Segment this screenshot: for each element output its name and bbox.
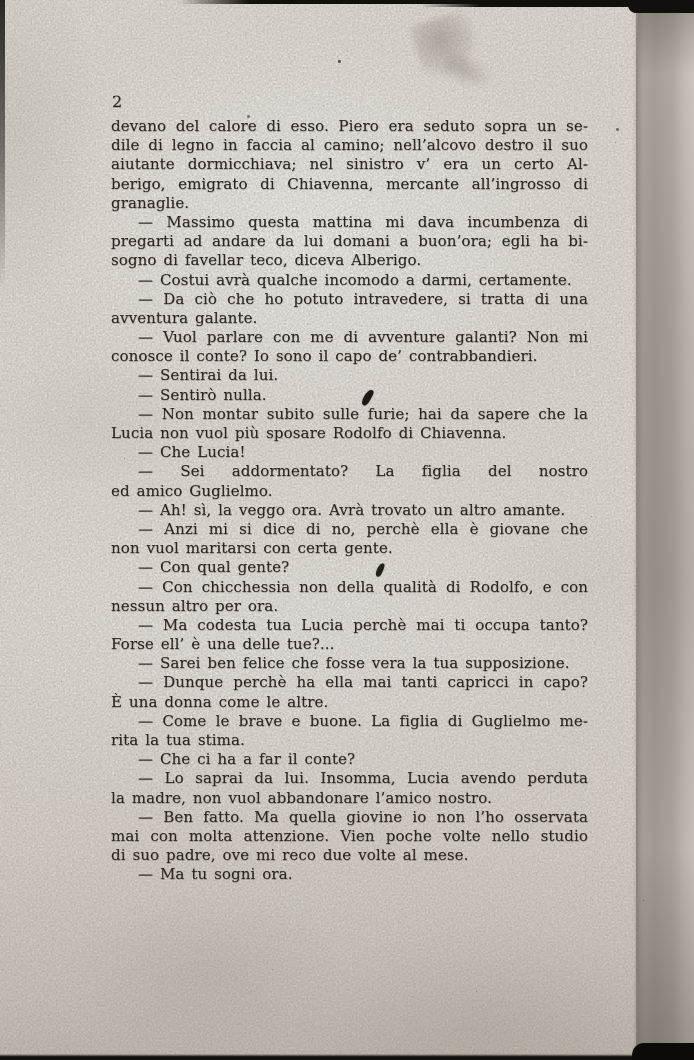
text-line: — Da ciò che ho potuto intravedere, si t… [111,290,588,309]
text-line: — Ma codesta tua Lucia perchè mai ti occ… [111,616,588,635]
text-line: — Sentirò nulla. [111,386,588,405]
text-line: Forse ell’ è una delle tue?... [111,635,588,654]
text-line: — Costui avrà qualche incomodo a darmi, … [111,271,588,290]
page-number: 2 [112,92,122,111]
scan-edge-left [0,0,5,290]
scan-edge-bottom-right-corner [632,1043,694,1060]
text-line: — Sarei ben felice che fosse vera la tua… [111,654,588,673]
page-crease-line [636,0,638,1060]
dust-specks [338,60,341,63]
page-gutter-shadow [638,0,694,1060]
text-line: dile di legno in faccia al camino; nell’… [111,136,588,155]
text-line: conosce il conte? Io sono il capo de’ co… [111,347,588,366]
text-line: granaglie. [111,194,588,213]
text-line: Lucia non vuol più sposare Rodolfo di Ch… [111,424,588,443]
text-line: — Sei addormentato? La figlia del nostro… [111,462,588,481]
text-line: — Ma tu sogni ora. [111,865,588,884]
text-line: È una donna come le altre. [111,693,588,712]
text-line: — Vuol parlare con me di avventure galan… [111,328,588,347]
text-line: devano del calore di esso. Piero era sed… [111,117,588,136]
text-line: — Non montar subito sulle furie; hai da … [111,405,588,424]
text-line: — Che Lucia! [111,443,588,462]
text-line: — Ben fatto. Ma quella giovine io non l’… [111,808,588,827]
text-line: non vuol maritarsi con certa gente. [111,539,588,558]
text-line: — Che ci ha a far il conte? [111,750,588,769]
text-line: pregarti ad andare da lui domani a buon’… [111,232,588,251]
text-line: la madre, non vuol abbandonare l’amico n… [111,789,588,808]
text-line: — Massimo questa mattina mi dava incumbe… [111,213,588,232]
text-line: berigo, emigrato di Chiavenna, mercante … [111,175,588,194]
text-line: — Ah! sì, la veggo ora. Avrà trovato un … [111,501,588,520]
text-line: — Anzi mi si dice di no, perchè ella è g… [111,520,588,539]
text-line: — Dunque perchè ha ella mai tanti capric… [111,673,588,692]
page-text: devano del calore di esso. Piero era sed… [111,117,588,885]
text-line: — Con chicchessia non della qualità di R… [111,578,588,597]
text-line: nessun altro per ora. [111,597,588,616]
text-line: rita la tua stima. [111,731,588,750]
text-line: — Sentirai da lui. [111,366,588,385]
text-line: — Come le brave e buone. La figlia di Gu… [111,712,588,731]
text-line: di suo padre, ove mi reco due volte al m… [111,846,588,865]
text-line: avventura galante. [111,309,588,328]
text-line: mai con molta attenzione. Vien poche vol… [111,827,588,846]
text-line: ed amico Guglielmo. [111,482,588,501]
text-line: — Lo saprai da lui. Insomma, Lucia avend… [111,769,588,788]
scan-edge-top-right-corner [628,0,694,13]
scan-edge-bottom [0,1054,694,1060]
text-line: aiutante dormicchiava; nel sinistro v’ e… [111,155,588,174]
book-page-scan: 2 devano del calore di esso. Piero era s… [0,0,694,1060]
text-line: sogno di favellar teco, diceva Alberigo. [111,251,588,270]
text-line: — Con qual gente? [111,558,588,577]
